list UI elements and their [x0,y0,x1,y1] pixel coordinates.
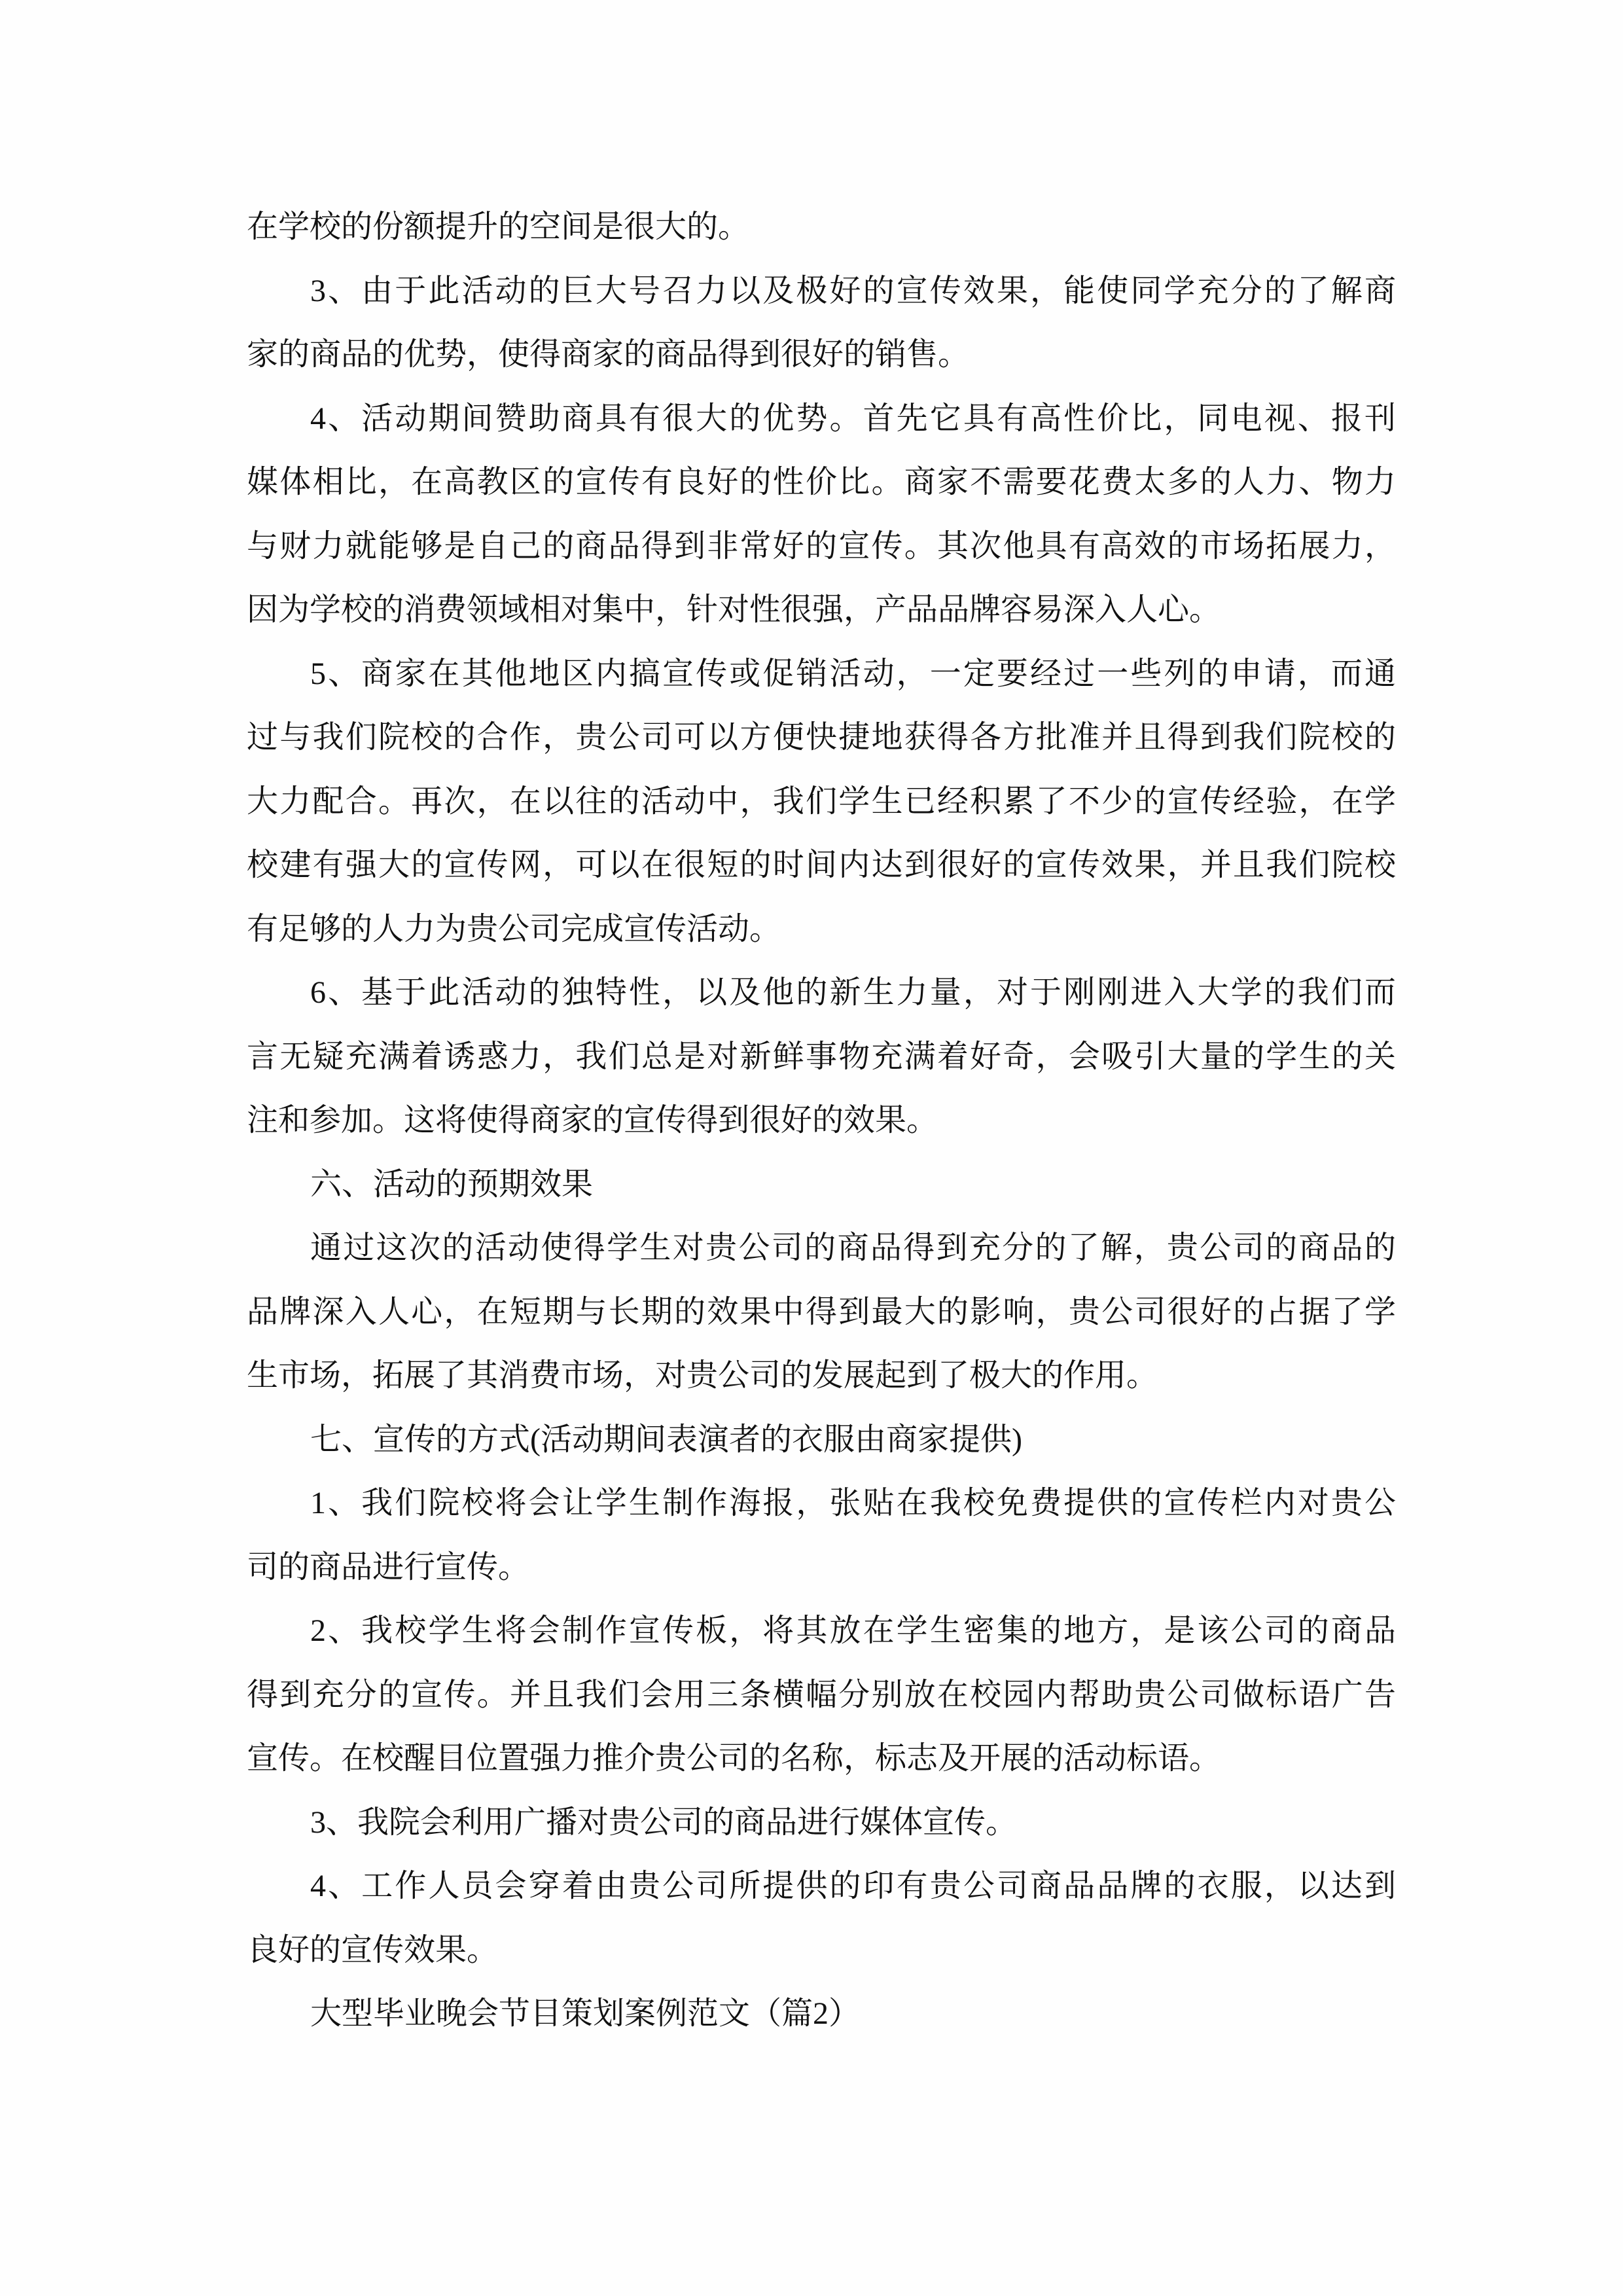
text-line: 4、活动期间赞助商具有很大的优势。首先它具有高性价比，同电视、报刊 [247,387,1396,451]
text-line: 得到充分的宣传。并且我们会用三条横幅分别放在校园内帮助贵公司做标语广告 [247,1663,1396,1727]
text-line: 有足够的人力为贵公司完成宣传活动。 [247,897,1396,961]
text-line: 因为学校的消费领域相对集中，针对性很强，产品品牌容易深入人心。 [247,578,1396,642]
text-line: 与财力就能够是自己的商品得到非常好的宣传。其次他具有高效的市场拓展力， [247,514,1396,579]
text-line: 六、活动的预期效果 [247,1153,1396,1217]
text-line: 3、我院会利用广播对贵公司的商品进行媒体宣传。 [247,1791,1396,1855]
text-line: 良好的宣传效果。 [247,1918,1396,1982]
text-line: 5、商家在其他地区内搞宣传或促销活动，一定要经过一些列的申请，而通 [247,642,1396,706]
text-line: 生市场，拓展了其消费市场，对贵公司的发展起到了极大的作用。 [247,1344,1396,1408]
section-title: 大型毕业晚会节目策划案例范文（篇2） [247,1982,1396,2046]
text-line: 6、基于此活动的独特性，以及他的新生力量，对于刚刚进入大学的我们而 [247,961,1396,1025]
text-line: 4、工作人员会穿着由贵公司所提供的印有贵公司商品品牌的衣服，以达到 [247,1854,1396,1918]
text-line: 品牌深入人心，在短期与长期的效果中得到最大的影响，贵公司很好的占据了学 [247,1280,1396,1344]
text-line: 言无疑充满着诱惑力，我们总是对新鲜事物充满着好奇，会吸引大量的学生的关 [247,1025,1396,1089]
text-line: 司的商品进行宣传。 [247,1535,1396,1600]
text-line: 通过这次的活动使得学生对贵公司的商品得到充分的了解，贵公司的商品的 [247,1216,1396,1280]
document-body: 在学校的份额提升的空间是很大的。3、由于此活动的巨大号召力以及极好的宣传效果，能… [247,195,1396,2046]
text-line: 1、我们院校将会让学生制作海报，张贴在我校免费提供的宣传栏内对贵公 [247,1471,1396,1535]
text-line: 3、由于此活动的巨大号召力以及极好的宣传效果，能使同学充分的了解商 [247,259,1396,323]
text-line: 在学校的份额提升的空间是很大的。 [247,195,1396,259]
text-line: 2、我校学生将会制作宣传板，将其放在学生密集的地方，是该公司的商品 [247,1599,1396,1663]
text-line: 过与我们院校的合作，贵公司可以方便快捷地获得各方批准并且得到我们院校的 [247,706,1396,770]
text-line: 家的商品的优势，使得商家的商品得到很好的销售。 [247,323,1396,387]
text-line: 大力配合。再次，在以往的活动中，我们学生已经积累了不少的宣传经验，在学 [247,770,1396,834]
text-line: 注和参加。这将使得商家的宣传得到很好的效果。 [247,1088,1396,1153]
text-line: 校建有强大的宣传网，可以在很短的时间内达到很好的宣传效果，并且我们院校 [247,833,1396,897]
text-line: 媒体相比，在高教区的宣传有良好的性价比。商家不需要花费太多的人力、物力 [247,450,1396,514]
text-line: 七、宣传的方式(活动期间表演者的衣服由商家提供) [247,1408,1396,1472]
document-page: 在学校的份额提升的空间是很大的。3、由于此活动的巨大号召力以及极好的宣传效果，能… [0,0,1623,2296]
text-line: 宣传。在校醒目位置强力推介贵公司的名称，标志及开展的活动标语。 [247,1727,1396,1791]
